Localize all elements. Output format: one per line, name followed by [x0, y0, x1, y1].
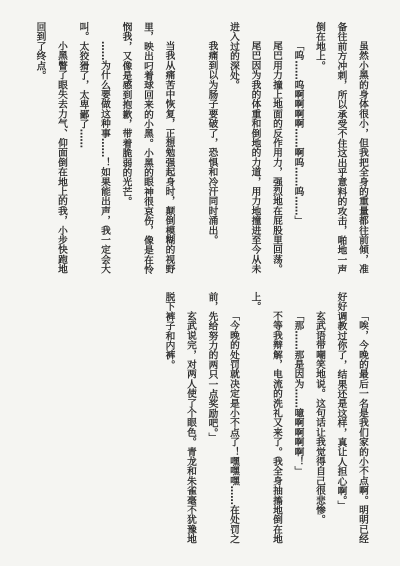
- bottom-paragraph-0: 「唉，今晚的最后一名是我们家的小不点啊。明明已经好好调教过你了，结果还是这样，真…: [330, 292, 373, 550]
- top-paragraph-3: 尾巴因为我的体重和倒地的力道，用力地撞进至今从未进入过的深处。: [223, 22, 266, 279]
- top-paragraph-1: 「呜……呜啊啊啊啊……啊呜……呜……」: [287, 22, 309, 279]
- bottom-paragraph-3: 不等我辩解，电流的洗礼又来了。我全身抽搐地倒在地上。: [244, 292, 287, 550]
- blank-line: [180, 22, 202, 279]
- bottom-paragraph-1: 玄武语带嘲笑地说。这句话让我觉得自己很悲惨。: [309, 292, 331, 550]
- bottom-paragraph-5: 玄武说完，对两人使了个眼色。青龙和朱雀毫不犹豫地脱下裤子和内裤。: [158, 292, 201, 550]
- top-paragraph-7: ……为什么要做这种事……！如果能出声，我一定会大叫。太狡猾了，太卑鄙了……: [72, 22, 115, 279]
- bottom-paragraph-4: 「今晚的处罚就决定是小不点了！嘿嘿嘿……在处罚之前，先给努力的两只一点奖励吧。」: [201, 292, 244, 550]
- top-paragraph-2: 尾巴用力撞上地面的反作用力，强烈地在屁股里回荡。: [266, 22, 288, 279]
- bottom-paragraph-2: 「那……那是因为……噫啊啊啊啊！」: [287, 292, 309, 550]
- text-block-top: 虽然小黑的身体很小，但我把全身的重量都往前倾，准备往前方冲刺，所以承受不住这出乎…: [29, 22, 373, 279]
- novel-page: 虽然小黑的身体很小，但我把全身的重量都往前倾，准备往前方冲刺，所以承受不住这出乎…: [0, 0, 400, 566]
- text-block-bottom: 「唉，今晚的最后一名是我们家的小不点啊。明明已经好好调教过你了，结果还是这样，真…: [158, 292, 373, 550]
- top-paragraph-6: 当我从痛苦中恢复，正想勉强起身时，颠倒模糊的视野里，映出叼着球回来的小黑。小黑的…: [115, 22, 180, 279]
- top-paragraph-8: 小黑瞥了眼失去力气、仰面倒在地上的我，小步快跑地回到了终点。: [29, 22, 72, 279]
- top-paragraph-4: 我痛到以为肠子要破了，恐惧和冷汗同时涌出。: [201, 22, 223, 279]
- top-paragraph-0: 虽然小黑的身体很小，但我把全身的重量都往前倾，准备往前方冲刺，所以承受不住这出乎…: [309, 22, 374, 279]
